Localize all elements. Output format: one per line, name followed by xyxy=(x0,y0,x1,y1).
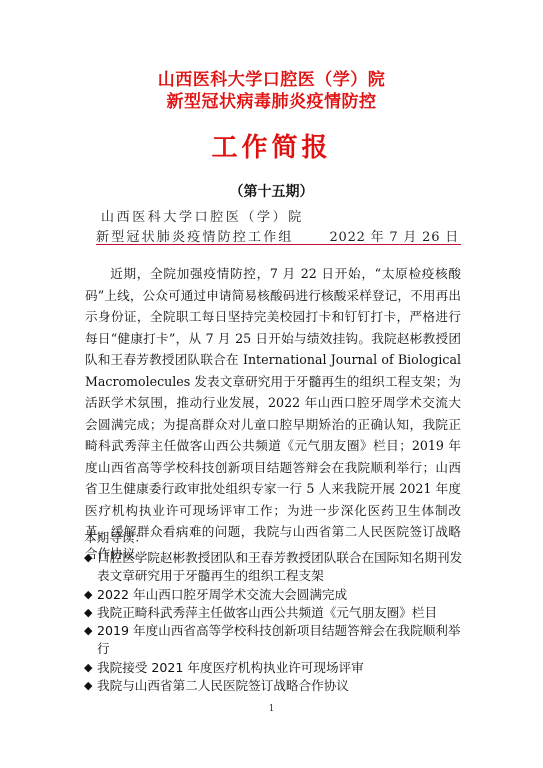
institution-title: 山西医科大学口腔医（学）院 xyxy=(0,69,543,91)
guide-item: ◆ 我院正畸科武秀萍主任做客山西公共频道《元气朋友圈》栏目 xyxy=(84,604,469,622)
guide-item: ◆ 口腔医学院赵彬教授团队和王春芳教授团队联合在国际知名期刊发表文章研究用于牙髓… xyxy=(84,549,469,586)
guide-item-text: 我院正畸科武秀萍主任做客山西公共频道《元气朋友圈》栏目 xyxy=(97,605,437,620)
summary-paragraph: 近期，全院加强疫情防控，7 月 22 日开始，“太原检疫核酸码”上线，公众可通过… xyxy=(85,263,461,564)
guide-item-text: 口腔医学院赵彬教授团队和王春芳教授团队联合在国际知名期刊发表文章研究用于牙髓再生… xyxy=(97,550,462,583)
guide-item-text: 2022 年山西口腔牙周学术交流大会圆满完成 xyxy=(97,587,347,602)
guide-item-text: 我院与山西省第二人民医院签订战略合作协议 xyxy=(97,678,349,693)
diamond-bullet-icon: ◆ xyxy=(84,622,92,640)
document-page: 山西医科大学口腔医（学）院 新型冠状病毒肺炎疫情防控 工作简报 （第十五期） 山… xyxy=(0,0,543,768)
diamond-bullet-icon: ◆ xyxy=(84,549,92,567)
page-number: 1 xyxy=(0,704,543,714)
guide-item-text: 2019 年度山西省高等学校科技创新项目结题答辩会在我院顺利举行 xyxy=(97,623,461,656)
brief-title: 工作简报 xyxy=(0,131,543,165)
guide-item: ◆ 我院与山西省第二人民医院签订战略合作协议 xyxy=(84,677,469,695)
guide-label: 本期导读： xyxy=(84,529,484,547)
diamond-bullet-icon: ◆ xyxy=(84,659,92,677)
guide-item: ◆ 2019 年度山西省高等学校科技创新项目结题答辩会在我院顺利举行 xyxy=(84,622,469,659)
guide-item: ◆ 我院接受 2021 年度医疗机构执业许可现场评审 xyxy=(84,659,469,677)
diamond-bullet-icon: ◆ xyxy=(84,604,92,622)
epidemic-control-title: 新型冠状病毒肺炎疫情防控 xyxy=(0,91,543,113)
issue-guide: 本期导读： ◆ 口腔医学院赵彬教授团队和王春芳教授团队联合在国际知名期刊发表文章… xyxy=(84,529,484,695)
diamond-bullet-icon: ◆ xyxy=(84,586,92,604)
guide-item-text: 我院接受 2021 年度医疗机构执业许可现场评审 xyxy=(97,660,364,675)
diamond-bullet-icon: ◆ xyxy=(84,677,92,695)
red-divider-rule xyxy=(96,244,461,245)
issue-number: （第十五期） xyxy=(0,182,543,202)
guide-item: ◆ 2022 年山西口腔牙周学术交流大会圆满完成 xyxy=(84,586,469,604)
issuing-org-line1: 山西医科大学口腔医（学）院 xyxy=(101,209,304,227)
guide-list: ◆ 口腔医学院赵彬教授团队和王春芳教授团队联合在国际知名期刊发表文章研究用于牙髓… xyxy=(84,549,484,695)
